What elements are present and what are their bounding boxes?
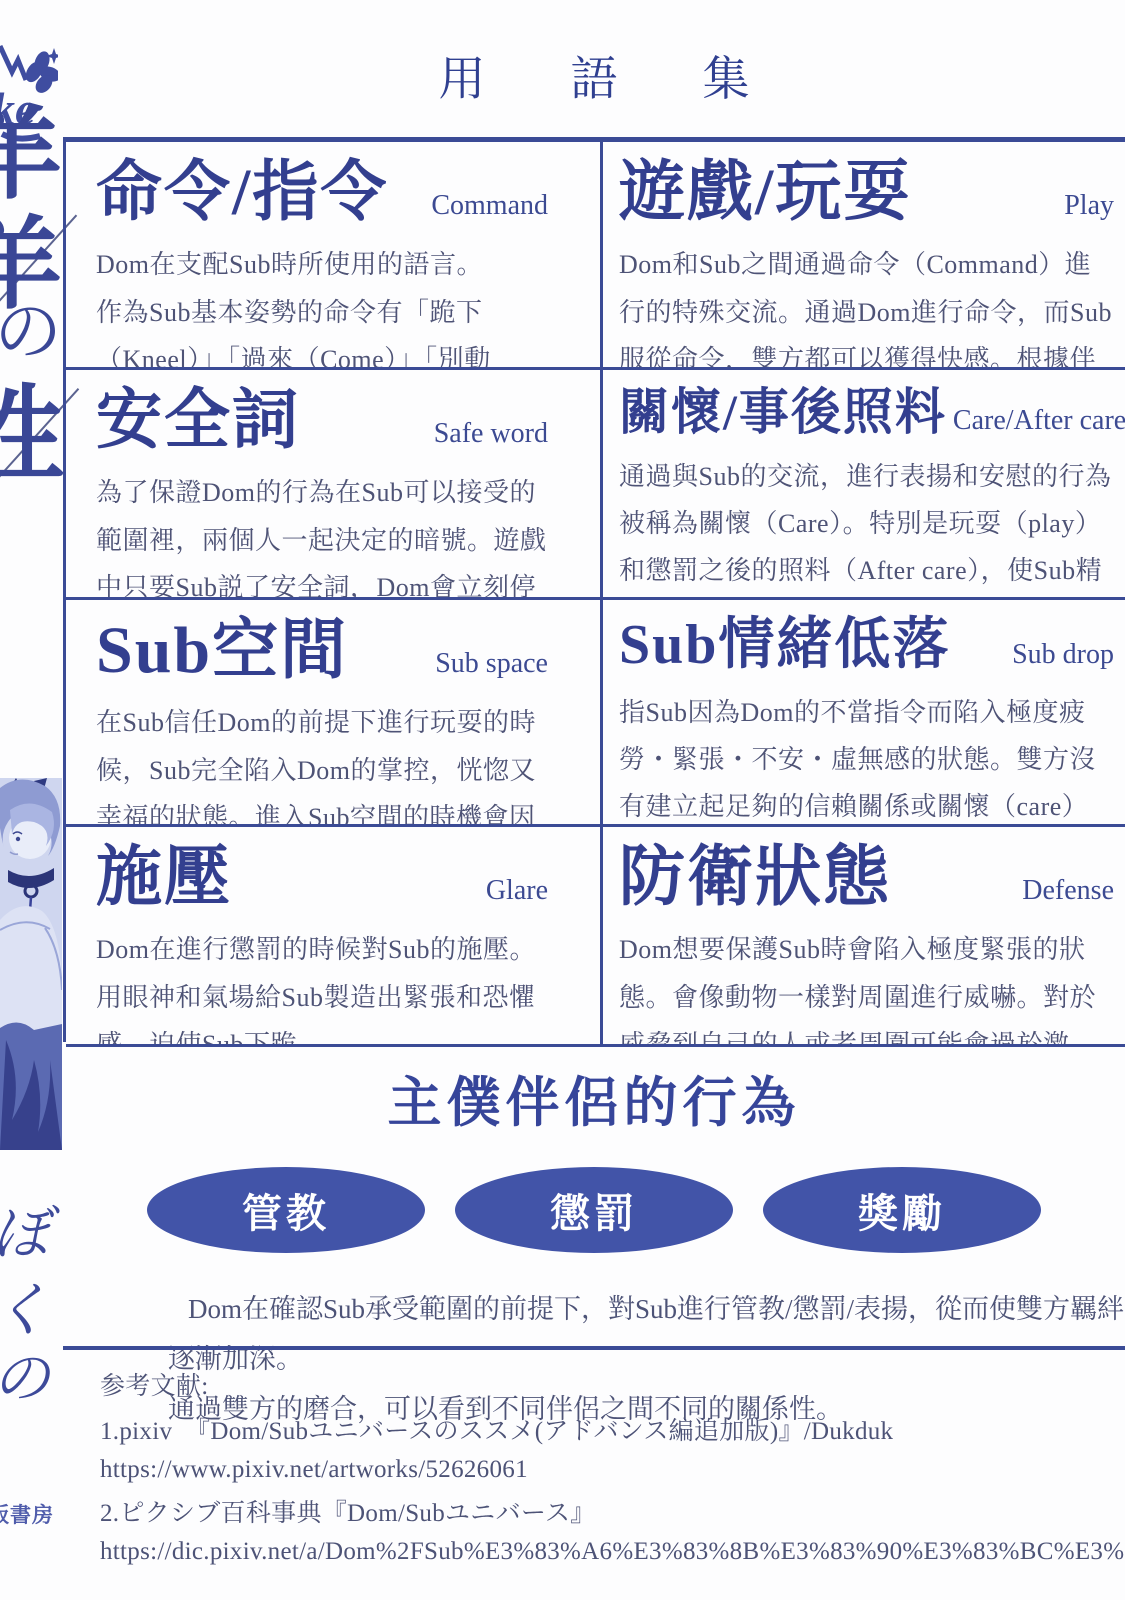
- term-header: 安全詞 Safe word: [96, 386, 548, 455]
- term-description: 在Sub信任Dom的前提下進行玩耍的時候，Sub完全陷入Dom的掌控，恍惚又幸福…: [96, 699, 548, 827]
- term-header: 施壓 Glare: [96, 843, 548, 912]
- behavior-badge-reward: 獎勵: [763, 1167, 1041, 1253]
- term-title: 命令/指令: [96, 158, 388, 227]
- term-description: Dom在支配Sub時所使用的語言。 作為Sub基本姿勢的命令有「跪下（Kneel…: [96, 241, 548, 370]
- reference-item: 2.ピクシブ百科事典『Dom/Subユニバース』: [100, 1493, 1125, 1529]
- term-english-label: Command: [425, 190, 548, 222]
- term-cell-defense: 防衛狀態 Defense Dom想要保護Sub時會陷入極度緊張的狀態。會像動物一…: [603, 827, 1125, 1047]
- term-english-label: Sub space: [429, 648, 548, 680]
- term-description: 為了保證Dom的行為在Sub可以接受的範圍裡，兩個人一起決定的暗號。遊戲中只要S…: [96, 469, 548, 600]
- term-header: 防衛狀態 Defense: [619, 843, 1114, 912]
- term-english-label: Sub drop: [1006, 639, 1114, 671]
- term-cell-sub-space: Sub空間 Sub space 在Sub信任Dom的前提下進行玩耍的時候，Sub…: [66, 600, 603, 827]
- behavior-badge-punishment: 懲罰: [455, 1167, 733, 1253]
- term-english-label: Safe word: [428, 418, 548, 450]
- page-title: 用語集: [63, 52, 1125, 108]
- glossary-grid: 命令/指令 Command Dom在支配Sub時所使用的語言。 作為Sub基本姿…: [63, 137, 1125, 1042]
- term-cell-after-care: 關懷/事後照料 Care/After care 通過與Sub的交流，進行表揚和安…: [603, 370, 1125, 600]
- term-cell-play: 遊戲/玩耍 Play Dom和Sub之間通過命令（Command）進行的特殊交流…: [603, 142, 1125, 370]
- term-english-label: Play: [1058, 190, 1114, 222]
- reference-item: 1.pixiv 『Dom/Subユニバースのススメ(アドバンス編追加版)』/Du…: [100, 1411, 1125, 1447]
- glossary-page: ke 羊 羊 の 性 ぼ く の 版書房 用語集 命令/指令 Com: [0, 0, 1125, 1600]
- term-title: 安全詞: [96, 386, 300, 455]
- term-title: 施壓: [96, 843, 232, 912]
- references-label: 参考文献:: [100, 1366, 1125, 1402]
- term-title: 遊戲/玩耍: [619, 158, 911, 227]
- spine-handwritten-char: く: [0, 1282, 50, 1340]
- publisher-name-partial: 版書房: [0, 1499, 54, 1529]
- term-cell-safe-word: 安全詞 Safe word 為了保證Dom的行為在Sub可以接受的範圍裡，兩個人…: [66, 370, 603, 600]
- term-header: 遊戲/玩耍 Play: [619, 158, 1114, 227]
- term-header: Sub情緒低落 Sub drop: [619, 616, 1114, 675]
- term-cell-sub-drop: Sub情緒低落 Sub drop 指Sub因為Dom的不當指令而陷入極度疲勞・緊…: [603, 600, 1125, 827]
- term-header: 命令/指令 Command: [96, 158, 548, 227]
- term-header: 關懷/事後照料 Care/After care: [619, 386, 1114, 439]
- term-title: 關懷/事後照料: [619, 386, 947, 439]
- references-block: 参考文献: 1.pixiv 『Dom/Subユニバースのススメ(アドバンス編追加…: [100, 1366, 1125, 1575]
- term-description: Dom和Sub之間通過命令（Command）進行的特殊交流。通過Dom進行命令，…: [619, 241, 1114, 370]
- reference-url: https://dic.pixiv.net/a/Dom%2FSub%E3%83%…: [100, 1538, 1125, 1566]
- term-description: 指Sub因為Dom的不當指令而陷入極度疲勞・緊張・不安・虛無感的狀態。雙方沒有建…: [619, 689, 1114, 827]
- spine-title-char: の: [0, 298, 62, 366]
- term-english-label: Defense: [1016, 875, 1114, 907]
- term-header: Sub空間 Sub space: [96, 616, 548, 685]
- term-title: 防衛狀態: [619, 843, 891, 912]
- term-cell-command: 命令/指令 Command Dom在支配Sub時所使用的語言。 作為Sub基本姿…: [66, 142, 603, 370]
- behavior-badge-discipline: 管教: [147, 1167, 425, 1253]
- term-title: Sub情緒低落: [619, 616, 950, 675]
- spine-handwritten-char: の: [0, 1350, 50, 1408]
- term-description: Dom想要保護Sub時會陷入極度緊張的狀態。會像動物一樣對周圍進行威嚇。對於威脅…: [619, 926, 1114, 1047]
- term-english-label: Glare: [480, 875, 548, 907]
- catboy-illustration: [0, 778, 62, 1150]
- spine-handwritten-char: ぼ: [0, 1205, 50, 1263]
- footer-divider: [63, 1346, 1125, 1350]
- term-cell-glare: 施壓 Glare Dom在進行懲罰的時候對Sub的施壓。用眼神和氣場給Sub製造…: [66, 827, 603, 1047]
- term-description: 通過與Sub的交流，進行表揚和安慰的行為被稱為關懷（Care）。特別是玩耍（pl…: [619, 453, 1114, 601]
- behavior-section-title: 主僕伴侶的行為: [63, 1060, 1125, 1137]
- term-english-label: Care/After care: [947, 405, 1125, 437]
- term-title: Sub空間: [96, 616, 348, 685]
- reference-url: https://www.pixiv.net/artworks/52626061: [100, 1456, 1125, 1484]
- spine-title-char: 性: [0, 384, 64, 488]
- behavior-ellipse-row: 管教 懲罰 獎勵: [63, 1167, 1125, 1253]
- term-description: Dom在進行懲罰的時候對Sub的施壓。用眼神和氣場給Sub製造出緊張和恐懼感，迫…: [96, 926, 548, 1047]
- spine-title-char: 羊: [0, 106, 62, 206]
